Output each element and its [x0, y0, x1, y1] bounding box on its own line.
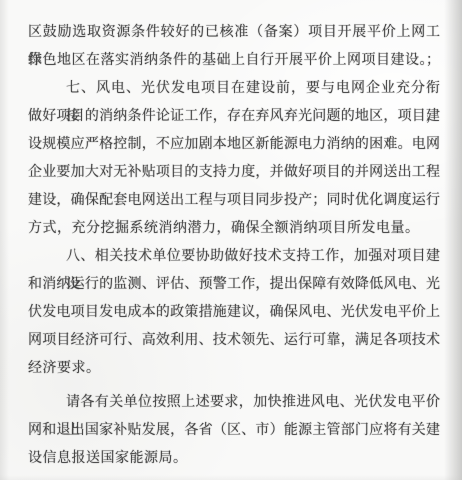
text-line: 设信息报送国家能源局。	[28, 445, 440, 473]
text-line: 方式，充分挖掘系统消纳潜力，确保全额消纳项目所发电量。	[28, 215, 440, 243]
text-line: 绿色地区在落实消纳条件的基础上自行开展平价上网项目建设。	[28, 47, 440, 75]
scan-edge-shadow-left	[0, 0, 9, 480]
document-text-block: 区鼓励选取资源条件较好的已核准（备案）项目开展平价上网工作； 绿色地区在落实消纳…	[28, 19, 440, 473]
text-line-paragraph-8-start: 八、相关技术单位要协助做好技术支持工作，加强对项目建设	[28, 243, 440, 271]
text-line: 区鼓励选取资源条件较好的已核准（备案）项目开展平价上网工作；	[28, 19, 440, 47]
text-line: 和消纳运行的监测、评估、预警工作，提出保障有效降低风电、光	[28, 271, 440, 299]
scan-edge-shadow-bottom	[0, 475, 462, 480]
text-line: 网项目经济可行、高效利用、技术领先、运行可靠，满足各项技术	[28, 327, 440, 355]
text-line-paragraph-7-start: 七、风电、光伏发电项目在建设前，要与电网企业充分衔接，	[28, 75, 440, 103]
text-line: 经济要求。	[28, 355, 440, 383]
text-line: 建设，确保配套电网送出工程与项目同步投产；同时优化调度运行	[28, 187, 440, 215]
text-line: 网和退出国家补贴发展，各省（区、市）能源主管部门应将有关建	[28, 417, 440, 445]
scanned-document-page: 区鼓励选取资源条件较好的已核准（备案）项目开展平价上网工作； 绿色地区在落实消纳…	[0, 0, 462, 480]
text-line-closing-paragraph-start: 请各有关单位按照上述要求，加快推进风电、光伏发电平价上	[28, 389, 440, 417]
scan-edge-shadow-right	[444, 0, 462, 480]
text-line: 做好项目的消纳条件论证工作，存在弃风弃光问题的地区，项目建	[28, 103, 440, 131]
text-line: 企业要加大对无补贴项目的支持力度，并做好项目的并网送出工程	[28, 159, 440, 187]
text-line: 设规模应严格控制，不应加剧本地区新能源电力消纳的困难。电网	[28, 131, 440, 159]
text-line: 伏发电项目发电成本的政策措施建议，确保风电、光伏发电平价上	[28, 299, 440, 327]
